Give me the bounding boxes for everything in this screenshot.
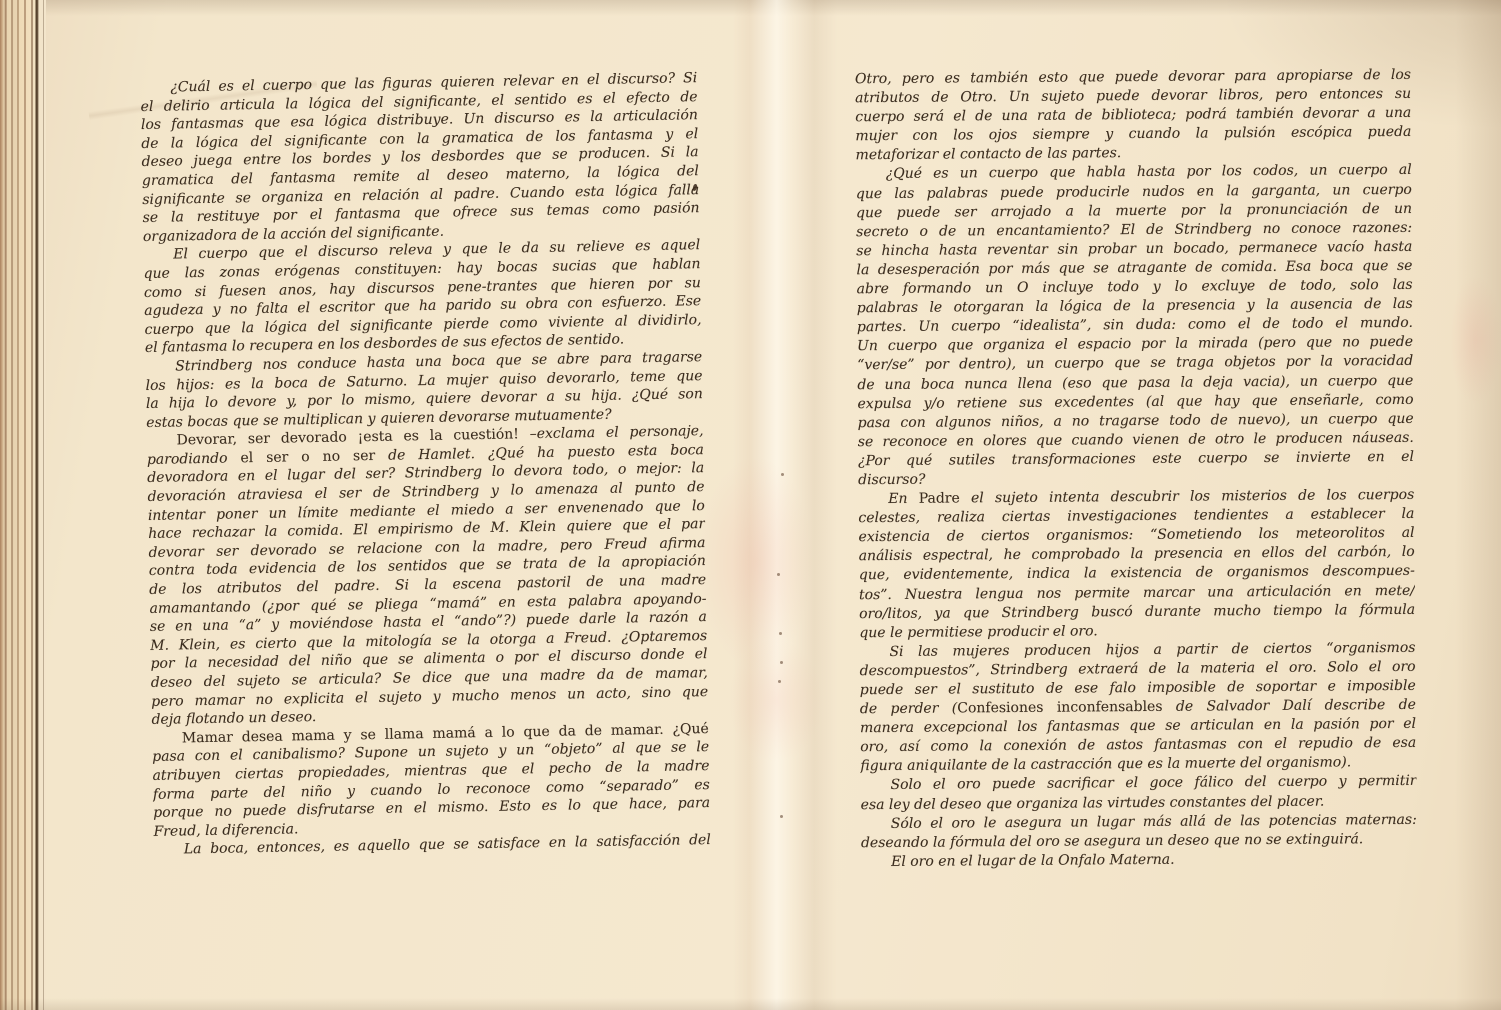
pink-stain bbox=[1448, 275, 1501, 405]
binding-dot bbox=[781, 473, 784, 476]
paragraph: ¿Qué es un cuerpo que habla hasta por lo… bbox=[856, 161, 1415, 490]
italic-text-segment: de Salvador Dalí describe de bbox=[1176, 697, 1416, 715]
binding-dot bbox=[780, 661, 783, 664]
italic-text-segment: parodiando bbox=[147, 450, 241, 468]
binding-dot bbox=[777, 573, 780, 576]
paragraph: En Padre el sujeto intenta descubrir los… bbox=[858, 486, 1415, 643]
pink-stain bbox=[728, 638, 823, 763]
pink-stain bbox=[698, 455, 813, 670]
italic-text-segment: En bbox=[888, 491, 919, 507]
binding-dot bbox=[780, 815, 783, 818]
italic-text-segment: el sujeto intenta descubrir los misterio… bbox=[971, 487, 1414, 506]
paragraph: Otro, pero es también esto que puede dev… bbox=[855, 66, 1412, 166]
book-spread: ¿Cuál es el cuerpo que las figuras quier… bbox=[0, 0, 1501, 1010]
roman-text-segment: Padre bbox=[919, 490, 971, 506]
paragraph: Strindberg nos conduce hasta una boca qu… bbox=[145, 348, 703, 432]
paragraph: El oro en el lugar de la Onfalo Materna. bbox=[861, 849, 1417, 872]
binding-dot bbox=[778, 680, 781, 683]
paragraph: Si las mujeres producen hijos a partir d… bbox=[859, 639, 1416, 777]
binding-dot bbox=[779, 632, 782, 635]
paragraph: Devorar, ser devorado ¡esta es la cuesti… bbox=[146, 422, 708, 729]
right-edge-shadow bbox=[1455, 0, 1501, 1010]
italic-text-segment: de perder ( bbox=[860, 701, 957, 718]
book-gutter bbox=[733, 0, 837, 1010]
left-page-text: ¿Cuál es el cuerpo que las figuras quier… bbox=[140, 69, 711, 860]
roman-text-segment: el ser o no ser bbox=[240, 448, 388, 467]
paragraph: El cuerpo que el discurso releva y que l… bbox=[143, 236, 702, 357]
italic-text-segment: –exclama el personaje, bbox=[530, 423, 704, 442]
paragraph: Mamar desea mama y se llama mamá a lo qu… bbox=[152, 720, 711, 841]
right-page-text: Otro, pero es también esto que puede dev… bbox=[855, 66, 1417, 872]
page-edges-left bbox=[0, 0, 46, 1010]
paragraph: ¿Cuál es el cuerpo que las figuras quier… bbox=[140, 69, 700, 246]
roman-text-segment: Confesiones inconfensables bbox=[957, 699, 1176, 717]
page-edge-line bbox=[43, 0, 44, 1010]
paragraph: Solo el oro puede sacrificar el goce fál… bbox=[860, 772, 1416, 815]
paragraph: Sólo el oro le asegura un lugar más allá… bbox=[861, 810, 1417, 853]
text-line: El oro en el lugar de la Onfalo Materna. bbox=[861, 849, 1417, 872]
